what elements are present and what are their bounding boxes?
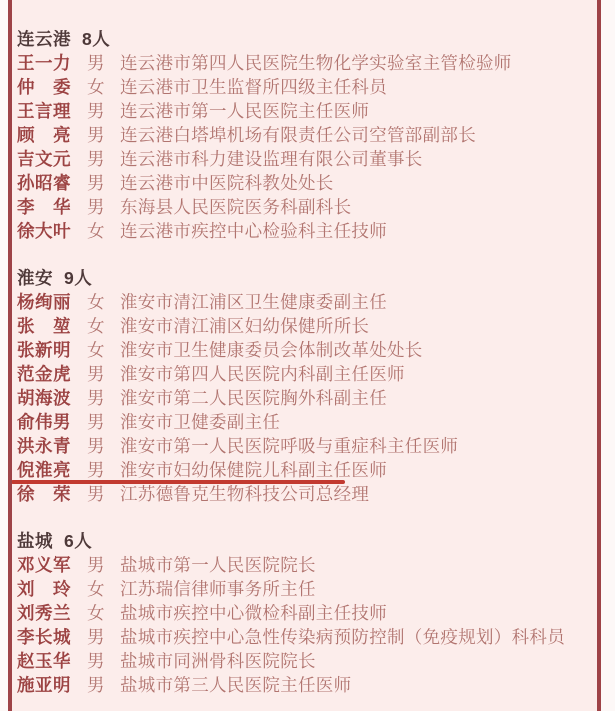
person-row: 李长城男盐城市疾控中心急性传染病预防控制（免疫规划）科科员 bbox=[17, 625, 591, 649]
person-gender: 男 bbox=[87, 195, 107, 219]
person-job-title: 江苏瑞信律师事务所主任 bbox=[120, 577, 316, 601]
person-row: 张 堃女淮安市清江浦区妇幼保健所所长 bbox=[17, 314, 591, 338]
city-section: 淮安9人杨绚丽女淮安市清江浦区卫生健康委副主任张 堃女淮安市清江浦区妇幼保健所所… bbox=[17, 266, 591, 506]
person-gender: 男 bbox=[87, 434, 107, 458]
person-name: 杨绚丽 bbox=[17, 290, 80, 314]
person-gender: 男 bbox=[87, 51, 107, 75]
person-count: 8人 bbox=[82, 29, 110, 49]
person-name: 张 堃 bbox=[17, 314, 80, 338]
right-border-line bbox=[597, 0, 601, 711]
person-row: 顾 亮男连云港白塔埠机场有限责任公司空管部副部长 bbox=[17, 123, 591, 147]
person-name: 范金虎 bbox=[17, 362, 80, 386]
person-gender: 男 bbox=[87, 482, 107, 506]
city-name: 淮安 bbox=[17, 268, 53, 288]
person-gender: 男 bbox=[87, 553, 107, 577]
person-name: 李长城 bbox=[17, 625, 80, 649]
person-job-title: 连云港市卫生监督所四级主任科员 bbox=[120, 75, 387, 99]
person-job-title: 连云港市疾控中心检验科主任技师 bbox=[120, 219, 387, 243]
person-gender: 男 bbox=[87, 673, 107, 697]
person-name: 施亚明 bbox=[17, 673, 80, 697]
person-row: 赵玉华男盐城市同洲骨科医院院长 bbox=[17, 649, 591, 673]
person-row: 洪永青男淮安市第一人民医院呼吸与重症科主任医师 bbox=[17, 434, 591, 458]
person-count: 6人 bbox=[64, 531, 92, 551]
person-gender: 男 bbox=[87, 147, 107, 171]
person-row: 刘秀兰女盐城市疾控中心微检科副主任技师 bbox=[17, 601, 591, 625]
person-name: 孙昭睿 bbox=[17, 171, 80, 195]
section-header: 连云港8人 bbox=[17, 27, 591, 51]
person-job-title: 淮安市清江浦区卫生健康委副主任 bbox=[120, 290, 387, 314]
section-header: 淮安9人 bbox=[17, 266, 591, 290]
person-row: 张新明女淮安市卫生健康委员会体制改革处处长 bbox=[17, 338, 591, 362]
person-gender: 男 bbox=[87, 362, 107, 386]
person-gender: 女 bbox=[87, 314, 107, 338]
person-row: 孙昭睿男连云港市中医院科教处处长 bbox=[17, 171, 591, 195]
person-name: 徐 荣 bbox=[17, 482, 80, 506]
person-row: 胡海波男淮安市第二人民医院胸外科副主任 bbox=[17, 386, 591, 410]
person-name: 李 华 bbox=[17, 195, 80, 219]
person-gender: 男 bbox=[87, 410, 107, 434]
person-gender: 男 bbox=[87, 386, 107, 410]
person-job-title: 淮安市第一人民医院呼吸与重症科主任医师 bbox=[120, 434, 458, 458]
person-row: 李 华男东海县人民医院医务科副科长 bbox=[17, 195, 591, 219]
person-name: 刘 玲 bbox=[17, 577, 80, 601]
person-name: 王言理 bbox=[17, 99, 80, 123]
person-job-title: 连云港白塔埠机场有限责任公司空管部副部长 bbox=[120, 123, 476, 147]
person-job-title: 盐城市疾控中心微检科副主任技师 bbox=[120, 601, 387, 625]
person-gender: 女 bbox=[87, 601, 107, 625]
person-job-title: 连云港市第四人民医院生物化学实验室主管检验师 bbox=[120, 51, 512, 75]
person-job-title: 东海县人民医院医务科副科长 bbox=[120, 195, 351, 219]
person-row: 徐 荣男江苏德鲁克生物科技公司总经理 bbox=[17, 482, 591, 506]
person-gender: 女 bbox=[87, 577, 107, 601]
person-row: 吉文元男连云港市科力建设监理有限公司董事长 bbox=[17, 147, 591, 171]
person-name: 张新明 bbox=[17, 338, 80, 362]
person-row: 王一力男连云港市第四人民医院生物化学实验室主管检验师 bbox=[17, 51, 591, 75]
person-count: 9人 bbox=[64, 268, 92, 288]
person-job-title: 盐城市第一人民医院院长 bbox=[120, 553, 316, 577]
person-gender: 女 bbox=[87, 75, 107, 99]
person-job-title: 连云港市科力建设监理有限公司董事长 bbox=[120, 147, 423, 171]
person-name: 胡海波 bbox=[17, 386, 80, 410]
person-gender: 男 bbox=[87, 649, 107, 673]
person-row: 刘 玲女江苏瑞信律师事务所主任 bbox=[17, 577, 591, 601]
city-section: 连云港8人王一力男连云港市第四人民医院生物化学实验室主管检验师仲 委女连云港市卫… bbox=[17, 27, 591, 243]
person-gender: 男 bbox=[87, 171, 107, 195]
person-job-title: 盐城市第三人民医院主任医师 bbox=[120, 673, 351, 697]
person-job-title: 连云港市第一人民医院主任医师 bbox=[120, 99, 369, 123]
person-job-title: 盐城市同洲骨科医院院长 bbox=[120, 649, 316, 673]
person-row: 施亚明男盐城市第三人民医院主任医师 bbox=[17, 673, 591, 697]
person-job-title: 淮安市妇幼保健院儿科副主任医师 bbox=[120, 458, 387, 482]
city-name: 连云港 bbox=[17, 29, 71, 49]
person-gender: 男 bbox=[87, 458, 107, 482]
person-gender: 男 bbox=[87, 625, 107, 649]
person-name: 徐大叶 bbox=[17, 219, 80, 243]
section-header: 盐城6人 bbox=[17, 529, 591, 553]
document-page: 连云港8人王一力男连云港市第四人民医院生物化学实验室主管检验师仲 委女连云港市卫… bbox=[0, 0, 615, 711]
person-job-title: 江苏德鲁克生物科技公司总经理 bbox=[120, 482, 369, 506]
person-name: 仲 委 bbox=[17, 75, 80, 99]
person-gender: 女 bbox=[87, 219, 107, 243]
person-name: 俞伟男 bbox=[17, 410, 80, 434]
person-name: 吉文元 bbox=[17, 147, 80, 171]
person-row: 俞伟男男淮安市卫健委副主任 bbox=[17, 410, 591, 434]
person-row: 邓义军男盐城市第一人民医院院长 bbox=[17, 553, 591, 577]
person-row: 王言理男连云港市第一人民医院主任医师 bbox=[17, 99, 591, 123]
person-name: 倪淮亮 bbox=[17, 458, 80, 482]
person-name: 王一力 bbox=[17, 51, 80, 75]
left-border-line bbox=[8, 0, 12, 711]
city-section: 盐城6人邓义军男盐城市第一人民医院院长刘 玲女江苏瑞信律师事务所主任刘秀兰女盐城… bbox=[17, 529, 591, 697]
person-name: 刘秀兰 bbox=[17, 601, 80, 625]
person-row: 倪淮亮男淮安市妇幼保健院儿科副主任医师 bbox=[17, 458, 591, 482]
person-job-title: 连云港市中医院科教处处长 bbox=[120, 171, 334, 195]
person-name: 洪永青 bbox=[17, 434, 80, 458]
person-job-title: 淮安市第四人民医院内科副主任医师 bbox=[120, 362, 405, 386]
person-row: 范金虎男淮安市第四人民医院内科副主任医师 bbox=[17, 362, 591, 386]
person-gender: 男 bbox=[87, 123, 107, 147]
person-gender: 男 bbox=[87, 99, 107, 123]
person-job-title: 淮安市清江浦区妇幼保健所所长 bbox=[120, 314, 369, 338]
person-row: 杨绚丽女淮安市清江浦区卫生健康委副主任 bbox=[17, 290, 591, 314]
person-gender: 女 bbox=[87, 290, 107, 314]
person-gender: 女 bbox=[87, 338, 107, 362]
person-job-title: 淮安市第二人民医院胸外科副主任 bbox=[120, 386, 387, 410]
city-name: 盐城 bbox=[17, 531, 53, 551]
list-content-area: 连云港8人王一力男连云港市第四人民医院生物化学实验室主管检验师仲 委女连云港市卫… bbox=[12, 0, 597, 711]
person-job-title: 淮安市卫生健康委员会体制改革处处长 bbox=[120, 338, 423, 362]
person-row: 徐大叶女连云港市疾控中心检验科主任技师 bbox=[17, 219, 591, 243]
person-name: 赵玉华 bbox=[17, 649, 80, 673]
person-job-title: 盐城市疾控中心急性传染病预防控制（免疫规划）科科员 bbox=[120, 625, 565, 649]
person-name: 顾 亮 bbox=[17, 123, 80, 147]
person-name: 邓义军 bbox=[17, 553, 80, 577]
person-row: 仲 委女连云港市卫生监督所四级主任科员 bbox=[17, 75, 591, 99]
person-job-title: 淮安市卫健委副主任 bbox=[120, 410, 280, 434]
